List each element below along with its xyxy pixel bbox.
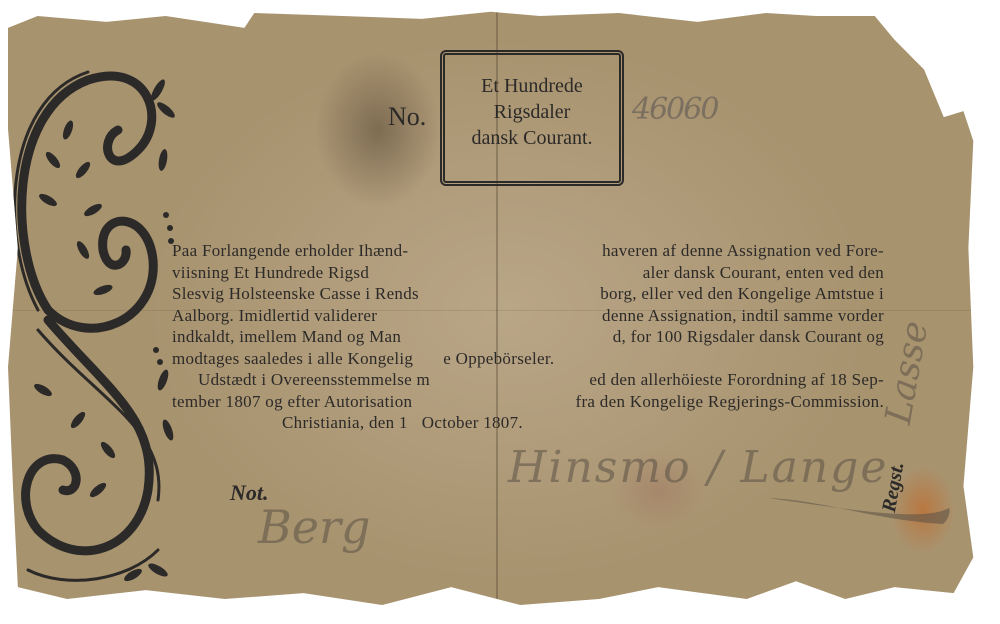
body-line: Udstædt i Overeensstemmelse med den alle…	[172, 369, 884, 391]
signature-middle: Hinsmo / Lange	[508, 442, 888, 493]
body-line: indkaldt, imellem Mand og Mand, for 100 …	[172, 326, 884, 348]
denomination-line-1: Et Hundrede	[453, 73, 611, 99]
serial-number: 46060	[632, 92, 717, 127]
number-label: No.	[388, 102, 426, 132]
body-line: Paa Forlangende erholder Ihænd-haveren a…	[172, 240, 884, 262]
denomination-line-3: dansk Courant.	[453, 125, 611, 151]
signature-swash-icon	[763, 490, 953, 530]
body-line: Aalborg. Imidlertid validererdenne Assig…	[172, 305, 884, 327]
note-body-text: Paa Forlangende erholder Ihænd-haveren a…	[172, 240, 884, 434]
body-line: viisning Et Hundrede Rigsdaler dansk Cou…	[172, 262, 884, 284]
body-line: Christiania, den 1October 1807.	[172, 412, 884, 434]
denomination-line-2: Rigsdaler	[453, 99, 611, 125]
body-line: modtages saaledes i alle Kongelige Oppeb…	[172, 348, 884, 370]
scroll-ornament-icon	[8, 50, 178, 590]
body-line: Slesvig Holsteenske Casse i Rendsborg, e…	[172, 283, 884, 305]
banknote: No. Et Hundrede Rigsdaler dansk Courant.…	[8, 10, 993, 605]
signature-right: Lasse	[878, 318, 936, 427]
signature-left: Berg	[258, 500, 370, 554]
notary-label: Not.	[230, 480, 269, 506]
denomination-frame: Et Hundrede Rigsdaler dansk Courant.	[440, 50, 624, 186]
body-line: tember 1807 og efter Autorisationfra den…	[172, 391, 884, 413]
